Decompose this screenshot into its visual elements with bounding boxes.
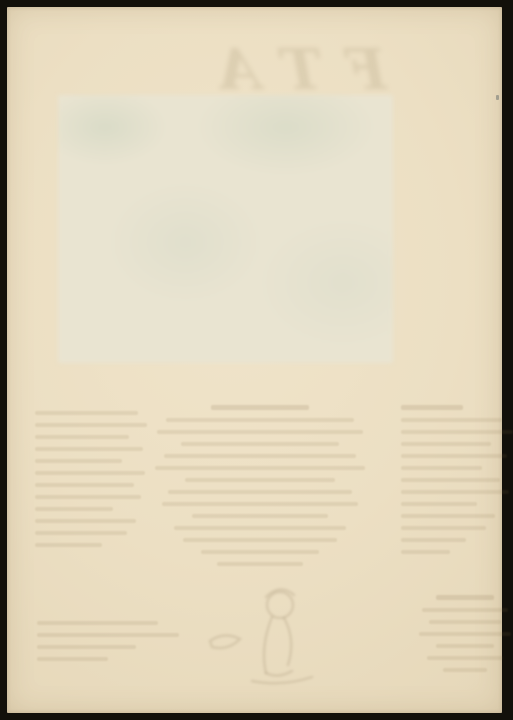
scan-artifact-speck bbox=[496, 95, 499, 100]
ghost-cartoon-drawing bbox=[200, 581, 322, 689]
ghost-text-column-right bbox=[401, 397, 513, 569]
ghost-text-block-bottom-left bbox=[37, 613, 179, 669]
ghost-text-column-left bbox=[35, 403, 147, 555]
ghost-text-block-bottom-right bbox=[417, 587, 513, 679]
ghost-photo-block-showthrough bbox=[58, 95, 393, 363]
ghost-text-column-middle bbox=[153, 397, 367, 569]
blank-page: FTA bbox=[7, 7, 502, 713]
scan-frame: FTA bbox=[0, 0, 513, 720]
